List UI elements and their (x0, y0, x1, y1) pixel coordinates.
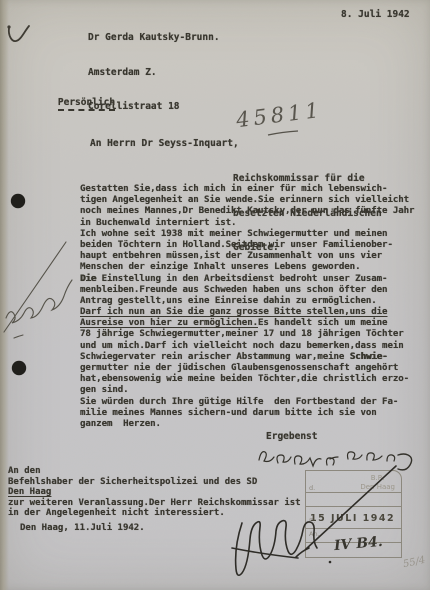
typed-text: in Buchenwald interniert ist. (80, 218, 236, 228)
typed-text: Sie würden durch Ihre gütige Hilfe den F… (80, 397, 398, 407)
typed-line: in Buchenwald interniert ist. (80, 218, 414, 229)
stamp-date: 15 JULI 1942 (310, 513, 395, 524)
typed-text: menbleiben.Freunde aus Schweden haben un… (80, 285, 387, 295)
typed-text: milie meines Mannes sichern-und darum bi… (80, 408, 377, 418)
typed-line: Ausreise von hier zu ermöglichen.Es hand… (80, 318, 414, 329)
typed-line: gen sind. (80, 385, 414, 396)
typed-text: ganzem Herzen. (80, 419, 161, 429)
handwritten-file-number: 45811 (235, 98, 324, 132)
typed-text: Es handelt sich um meine (258, 318, 387, 328)
stamp-office-line1: B.R. (360, 474, 395, 483)
sender-name: Dr Gerda Kautsky-Brunn. (88, 32, 220, 44)
stamp-office-line2: Den Haag (360, 483, 395, 492)
typed-line: in der Angelegenheit nicht interessiert. (8, 508, 301, 519)
typed-text: und um mich.Darf ich vielleicht noch daz… (80, 341, 404, 351)
typed-line: Die Einstellung in den Arbeitsdienst bed… (80, 274, 414, 285)
typed-text: Ich wohne seit 1938 mit meiner Schwieger… (80, 229, 387, 239)
margin-scribble (4, 242, 72, 338)
recipient-line1: An Herrn Dr Seyss-Inquart, (90, 138, 239, 150)
letter-date: 8. Juli 1942 (341, 9, 410, 21)
typed-text: Den Haag (8, 487, 51, 497)
typed-text: Ausreise von hier zu ermöglichen. (80, 318, 258, 328)
typed-text: 78 jährige Schwiegermutter,meiner 17 und… (80, 329, 404, 339)
typed-line: germutter nie der jüdischen Glaubensgeno… (80, 363, 414, 374)
typed-text: Einstellung in den Arbeitsdienst bedroht… (96, 274, 387, 284)
typed-text: tigen Angelegenheit an Sie wende.Sie eri… (80, 195, 409, 205)
stamp-rule (306, 492, 401, 493)
typed-line: tigen Angelegenheit an Sie wende.Sie eri… (80, 195, 414, 206)
typed-text: Antrag gestellt,uns eine Einreise dahin … (80, 296, 377, 306)
handwritten-checkmark (9, 26, 29, 41)
typed-text: gen sind. (80, 385, 129, 395)
letter-body: Gestatten Sie,dass ich mich in einer für… (80, 184, 414, 430)
typed-text: Schwiegervater rein arischer Abstammung … (80, 352, 350, 362)
typed-line: Befehlshaber der Sicherheitspolizei und … (8, 477, 301, 488)
typed-text: in der Angelegenheit nicht interessiert. (8, 508, 225, 518)
typed-line: An den (8, 466, 301, 477)
stamp-rule (306, 528, 401, 529)
closing-word: Ergebenst (266, 431, 317, 443)
sender-city: Amsterdam Z. (88, 67, 220, 79)
typed-line: Den Haag (8, 487, 301, 498)
typed-text: Menschen der einzige Inhalt unseres Lebe… (80, 262, 360, 272)
typed-line: und um mich.Darf ich vielleicht noch daz… (80, 341, 414, 352)
typed-text: zur weiteren Veranlassung.Der Herr Reich… (8, 498, 301, 508)
typed-line: Ich wohne seit 1938 mit meiner Schwieger… (80, 229, 414, 240)
typed-text: haupt entbehren müssen,ist der Zusammenh… (80, 251, 382, 261)
confidential-label: Persönlich (35, 85, 115, 120)
stamp-rule (306, 506, 401, 507)
typed-text: beiden Töchtern in Holland.Seitdem wir u… (80, 240, 393, 250)
typed-line: Menschen der einzige Inhalt unseres Lebe… (80, 262, 414, 273)
typed-line: Darf ich nun an Sie die ganz grosse Bitt… (80, 307, 414, 318)
typed-line: Schwiegervater rein arischer Abstammung … (80, 352, 414, 363)
scanned-letter-page: Dr Gerda Kautsky-Brunn. Amsterdam Z. Cor… (0, 0, 430, 590)
typed-line: Antrag gestellt,uns eine Einreise dahin … (80, 296, 414, 307)
forwarding-note: An denBefehlshaber der Sicherheitspolize… (8, 466, 301, 519)
typed-line: Gestatten Sie,dass ich mich in einer für… (80, 184, 414, 195)
forwarding-place-date: Den Haag, 11.Juli 1942. (20, 523, 145, 534)
stamp-field-label: An. (309, 530, 320, 538)
file-number-underline (268, 131, 298, 135)
typed-text: hat,ebensowenig wie meine beiden Töchter… (80, 374, 409, 384)
typed-text: germutter nie der jüdischen Glaubensgeno… (80, 363, 398, 373)
typed-text: noch meines Mannes,Dr Benedikt Kautsky,d… (80, 206, 414, 216)
typed-line: Sie würden durch Ihre gütige Hilfe den F… (80, 397, 414, 408)
typed-text: Darf ich nun an Sie die ganz grosse Bitt… (80, 307, 387, 317)
typed-line: hat,ebensowenig wie meine beiden Töchter… (80, 374, 414, 385)
hole-punch-bottom (12, 361, 26, 375)
confidential-text: Persönlich (58, 97, 115, 111)
typed-text: Befehlshaber der Sicherheitspolizei und … (8, 477, 257, 487)
typed-line: 78 jährige Schwiegermutter,meiner 17 und… (80, 329, 414, 340)
typed-line: ganzem Herzen. (80, 419, 414, 430)
stamp-field-label: d. (309, 484, 315, 492)
typed-line: noch meines Mannes,Dr Benedikt Kautsky,d… (80, 206, 414, 217)
typed-text: Die (80, 274, 96, 284)
typed-line: zur weiteren Veranlassung.Der Herr Reich… (8, 498, 301, 509)
typed-line: menbleiben.Freunde aus Schweden haben un… (80, 285, 414, 296)
stamp-office-header: B.R. Den Haag (360, 474, 395, 491)
typed-line: haupt entbehren müssen,ist der Zusammenh… (80, 251, 414, 262)
recipient-line2: Reichskommissar für die (233, 173, 382, 185)
typed-text: An den (8, 466, 41, 476)
typed-text: Schwie- (350, 352, 388, 362)
typed-text: Gestatten Sie,dass ich mich in einer für… (80, 184, 387, 194)
typed-line: milie meines Mannes sichern-und darum bi… (80, 408, 414, 419)
handwritten-corner-mark: 55/4 (402, 555, 426, 570)
hole-punch-top (11, 194, 25, 208)
typed-line: beiden Töchtern in Holland.Seitdem wir u… (80, 240, 414, 251)
